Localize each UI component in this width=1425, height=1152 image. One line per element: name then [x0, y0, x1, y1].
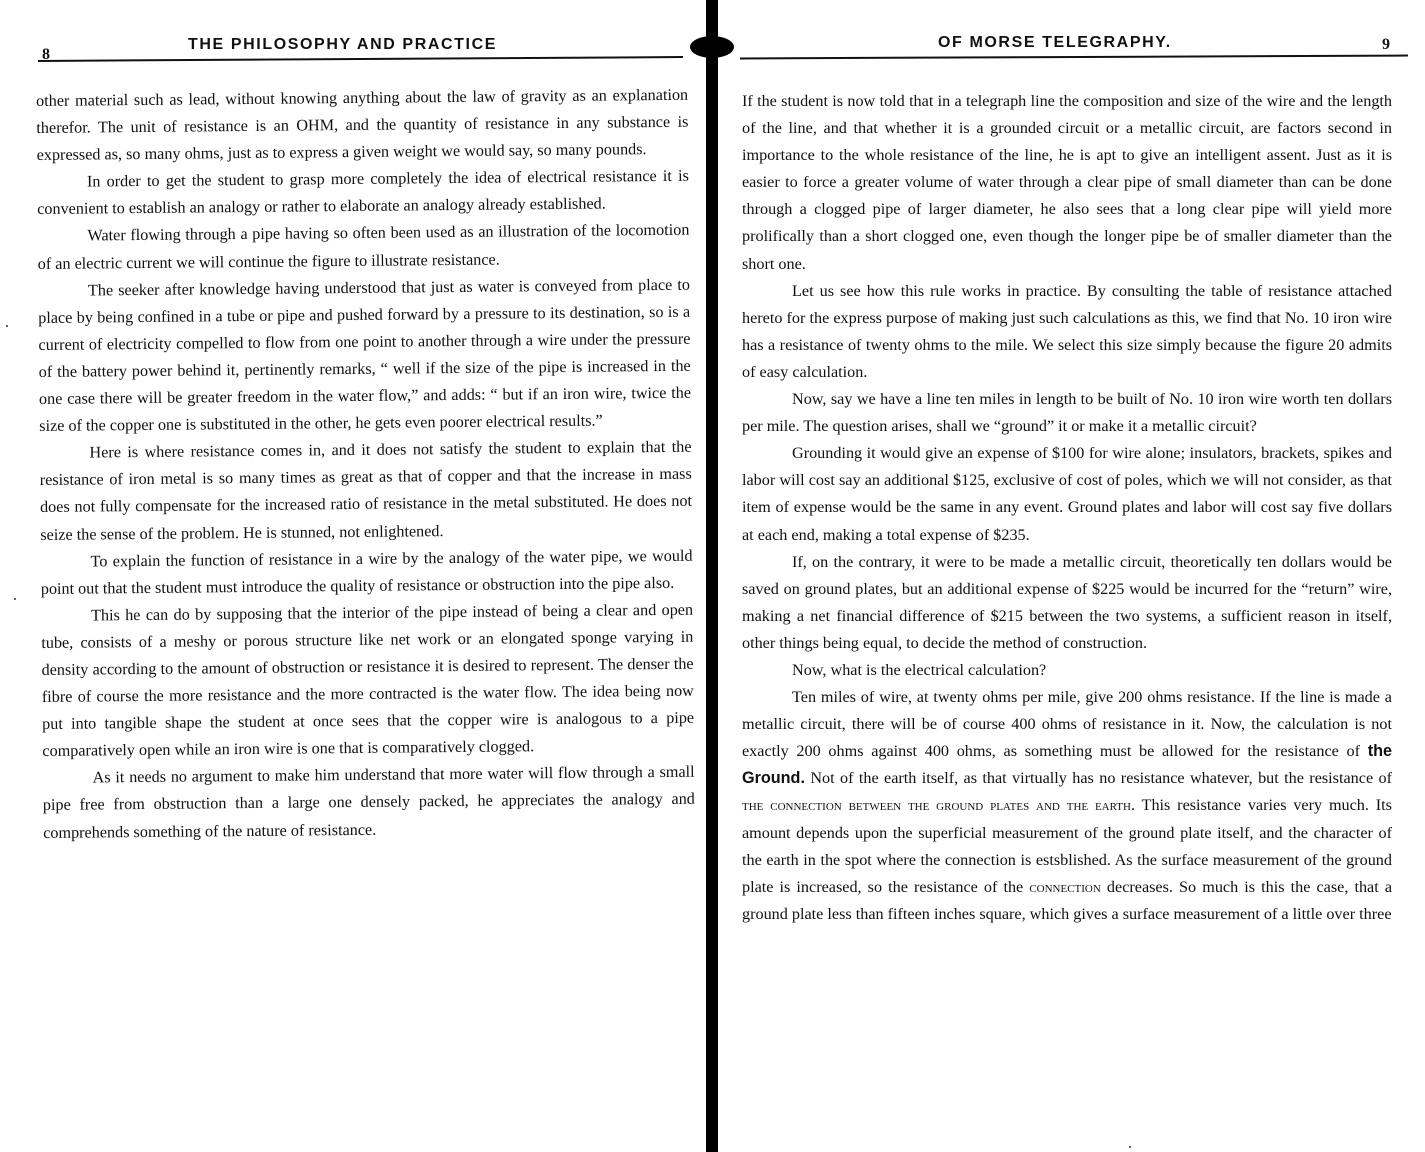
- text-run: Ten miles of wire, at twenty ohms per mi…: [742, 688, 1392, 760]
- left-page-body: other material such as lead, without kno…: [36, 82, 695, 847]
- text-run: Not of the earth itself, as that virtual…: [805, 769, 1392, 787]
- paragraph: Ten miles of wire, at twenty ohms per mi…: [742, 684, 1392, 928]
- paragraph: Here is where resistance comes in, and i…: [39, 434, 692, 549]
- paragraph: Water flowing through a pipe having so o…: [37, 217, 689, 277]
- paragraph: The seeker after knowledge having unders…: [38, 271, 692, 440]
- right-page-body: If the student is now told that in a tel…: [742, 88, 1392, 928]
- right-page-header: OF MORSE TELEGRAPHY. 9: [740, 32, 1408, 62]
- left-page-header: 8 THE PHILOSOPHY AND PRACTICE: [38, 32, 683, 62]
- book-gutter: [706, 0, 718, 1152]
- paragraph: Let us see how this rule works in practi…: [742, 278, 1392, 386]
- paragraph: Now, what is the electrical calculation?: [742, 657, 1392, 684]
- book-spread: 8 THE PHILOSOPHY AND PRACTICE other mate…: [0, 0, 1425, 1152]
- scan-speck: [6, 325, 8, 327]
- paragraph: This he can do by supposing that the int…: [41, 596, 695, 765]
- small-caps-text: the connection between the ground plates…: [742, 796, 1135, 814]
- paragraph: other material such as lead, without kno…: [36, 82, 689, 170]
- paragraph: In order to get the student to grasp mor…: [37, 163, 689, 223]
- running-title: THE PHILOSOPHY AND PRACTICE: [188, 36, 497, 54]
- paragraph: As it needs no argument to make him unde…: [43, 759, 696, 847]
- paragraph: If the student is now told that in a tel…: [742, 88, 1392, 278]
- header-rule: [740, 55, 1408, 60]
- right-page: OF MORSE TELEGRAPHY. 9 If the student is…: [720, 0, 1425, 1152]
- small-caps-text: connection: [1029, 878, 1101, 896]
- paragraph: If, on the contrary, it were to be made …: [742, 549, 1392, 657]
- left-page: 8 THE PHILOSOPHY AND PRACTICE other mate…: [0, 0, 708, 1152]
- running-title: OF MORSE TELEGRAPHY.: [938, 34, 1172, 52]
- header-rule: [38, 56, 683, 62]
- paragraph: Grounding it would give an expense of $1…: [742, 440, 1392, 548]
- page-number: 9: [1382, 36, 1390, 54]
- paragraph: To explain the function of resistance in…: [40, 542, 692, 602]
- paragraph: Now, say we have a line ten miles in len…: [742, 386, 1392, 440]
- scan-speck: [14, 598, 16, 600]
- scan-speck: [1129, 1146, 1131, 1148]
